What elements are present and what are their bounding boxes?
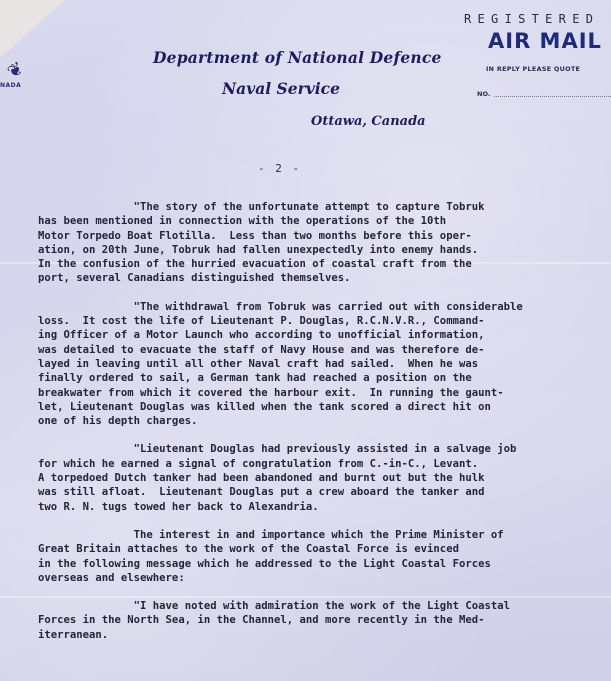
text-line: was detailed to evacuate the staff of Na…	[38, 343, 611, 357]
letter-location: Ottawa, Canada	[311, 114, 426, 129]
text-line: Motor Torpedo Boat Flotilla. Less than t…	[38, 229, 611, 243]
emblem-caption: NADA	[0, 82, 21, 89]
letter-paragraph: "Lieutenant Douglas had previously assis…	[38, 442, 611, 513]
text-line: Forces in the North Sea, in the Channel,…	[38, 613, 611, 627]
text-line: one of his depth charges.	[38, 414, 611, 428]
text-line: In the confusion of the hurried evacuati…	[38, 257, 611, 271]
text-line: "The story of the unfortunate attempt to…	[38, 200, 611, 214]
air-mail-label: AIR MAIL	[488, 29, 602, 53]
text-line: has been mentioned in connection with th…	[38, 214, 611, 228]
reference-number-label: NO.	[477, 90, 490, 98]
text-line: "Lieutenant Douglas had previously assis…	[38, 442, 611, 456]
reference-number-line	[494, 96, 611, 97]
text-line: "The withdrawal from Tobruk was carried …	[38, 300, 611, 314]
text-line: The interest in and importance which the…	[38, 528, 611, 542]
text-line: ation, on 20th June, Tobruk had fallen u…	[38, 243, 611, 257]
letter-paragraph: "The story of the unfortunate attempt to…	[38, 200, 611, 286]
department-name: Department of National Defence	[153, 48, 442, 67]
text-line: loss. It cost the life of Lieutenant P. …	[38, 314, 611, 328]
reply-quote-label: IN REPLY PLEASE QUOTE	[486, 65, 580, 73]
text-line: overseas and elsewhere:	[38, 571, 611, 585]
letter-body: "The story of the unfortunate attempt to…	[38, 200, 611, 656]
letter-paragraph: "I have noted with admiration the work o…	[38, 599, 611, 642]
text-line: layed in leaving until all other Naval c…	[38, 357, 611, 371]
service-name: Naval Service	[222, 79, 340, 98]
text-line: was still afloat. Lieutenant Douglas put…	[38, 485, 611, 499]
letter-page: ❦ NADA Department of National Defence Na…	[0, 0, 611, 681]
text-line: A torpedoed Dutch tanker had been abando…	[38, 471, 611, 485]
canada-emblem: ❦ NADA	[0, 58, 28, 94]
page-number: - 2 -	[258, 162, 301, 175]
registered-label: REGISTERED	[464, 12, 599, 26]
text-line: two R. N. tugs towed her back to Alexand…	[38, 500, 611, 514]
letter-paragraph: "The withdrawal from Tobruk was carried …	[38, 300, 611, 429]
text-line: finally ordered to sail, a German tank h…	[38, 371, 611, 385]
text-line: in the following message which he addres…	[38, 557, 611, 571]
text-line: for which he earned a signal of congratu…	[38, 457, 611, 471]
folded-corner	[0, 0, 65, 58]
text-line: iterranean.	[38, 628, 611, 642]
text-line: port, several Canadians distinguished th…	[38, 271, 611, 285]
text-line: ing Officer of a Motor Launch who accord…	[38, 328, 611, 342]
text-line: Great Britain attaches to the work of th…	[38, 542, 611, 556]
text-line: "I have noted with admiration the work o…	[38, 599, 611, 613]
text-line: breakwater from which it covered the har…	[38, 386, 611, 400]
text-line: let, Lieutenant Douglas was killed when …	[38, 400, 611, 414]
letter-paragraph: The interest in and importance which the…	[38, 528, 611, 585]
feather-emblem-icon: ❦	[4, 58, 28, 84]
